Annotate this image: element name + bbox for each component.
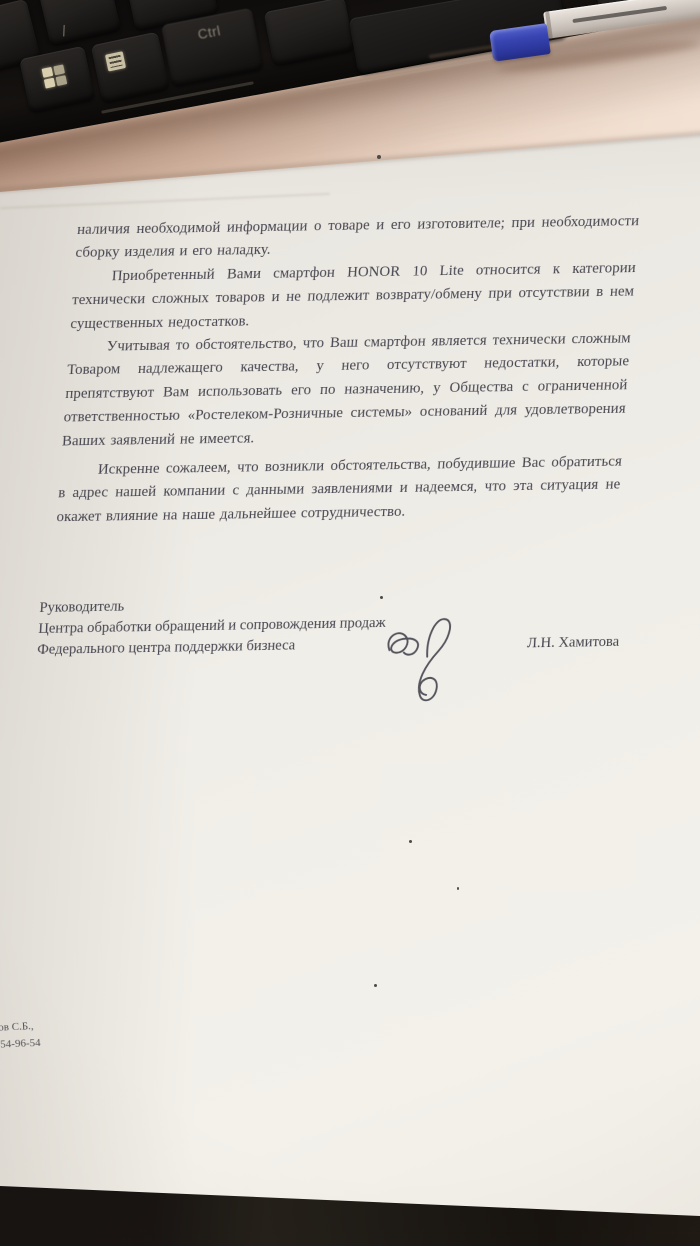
handwritten-signature [371, 604, 477, 718]
paper-speck [374, 984, 377, 987]
slash-key-label: / [60, 23, 68, 41]
paper-speck [409, 840, 412, 843]
paragraph: Приобретенный Вами смартфон HONOR 10 Lit… [70, 257, 637, 336]
letter-body-text: наличия необходимой информации о товаре … [56, 210, 640, 529]
photo-of-letter-on-desk: наличия необходимой информации о товаре … [0, 0, 700, 1246]
paper-speck [377, 155, 381, 159]
pen-ink-refill [572, 6, 667, 23]
windows-logo-icon [42, 64, 69, 89]
ctrl-key-label: Ctrl [197, 23, 222, 42]
paper-speck [457, 887, 459, 890]
signer-name: Л.Н. Хамитова [527, 632, 620, 654]
paragraph: Искренне сожалеем, что возникли обстояте… [56, 451, 623, 530]
footer-line: ) 354-96-54 [0, 1035, 41, 1054]
context-menu-icon [105, 51, 126, 71]
paragraph: Учитывая то обстоятельство, что Ваш смар… [61, 327, 631, 453]
signature-block: Руководитель Центра обработки обращений … [32, 587, 650, 748]
footer-contact-note: нков С.Б., ) 354-96-54 [0, 1018, 41, 1054]
